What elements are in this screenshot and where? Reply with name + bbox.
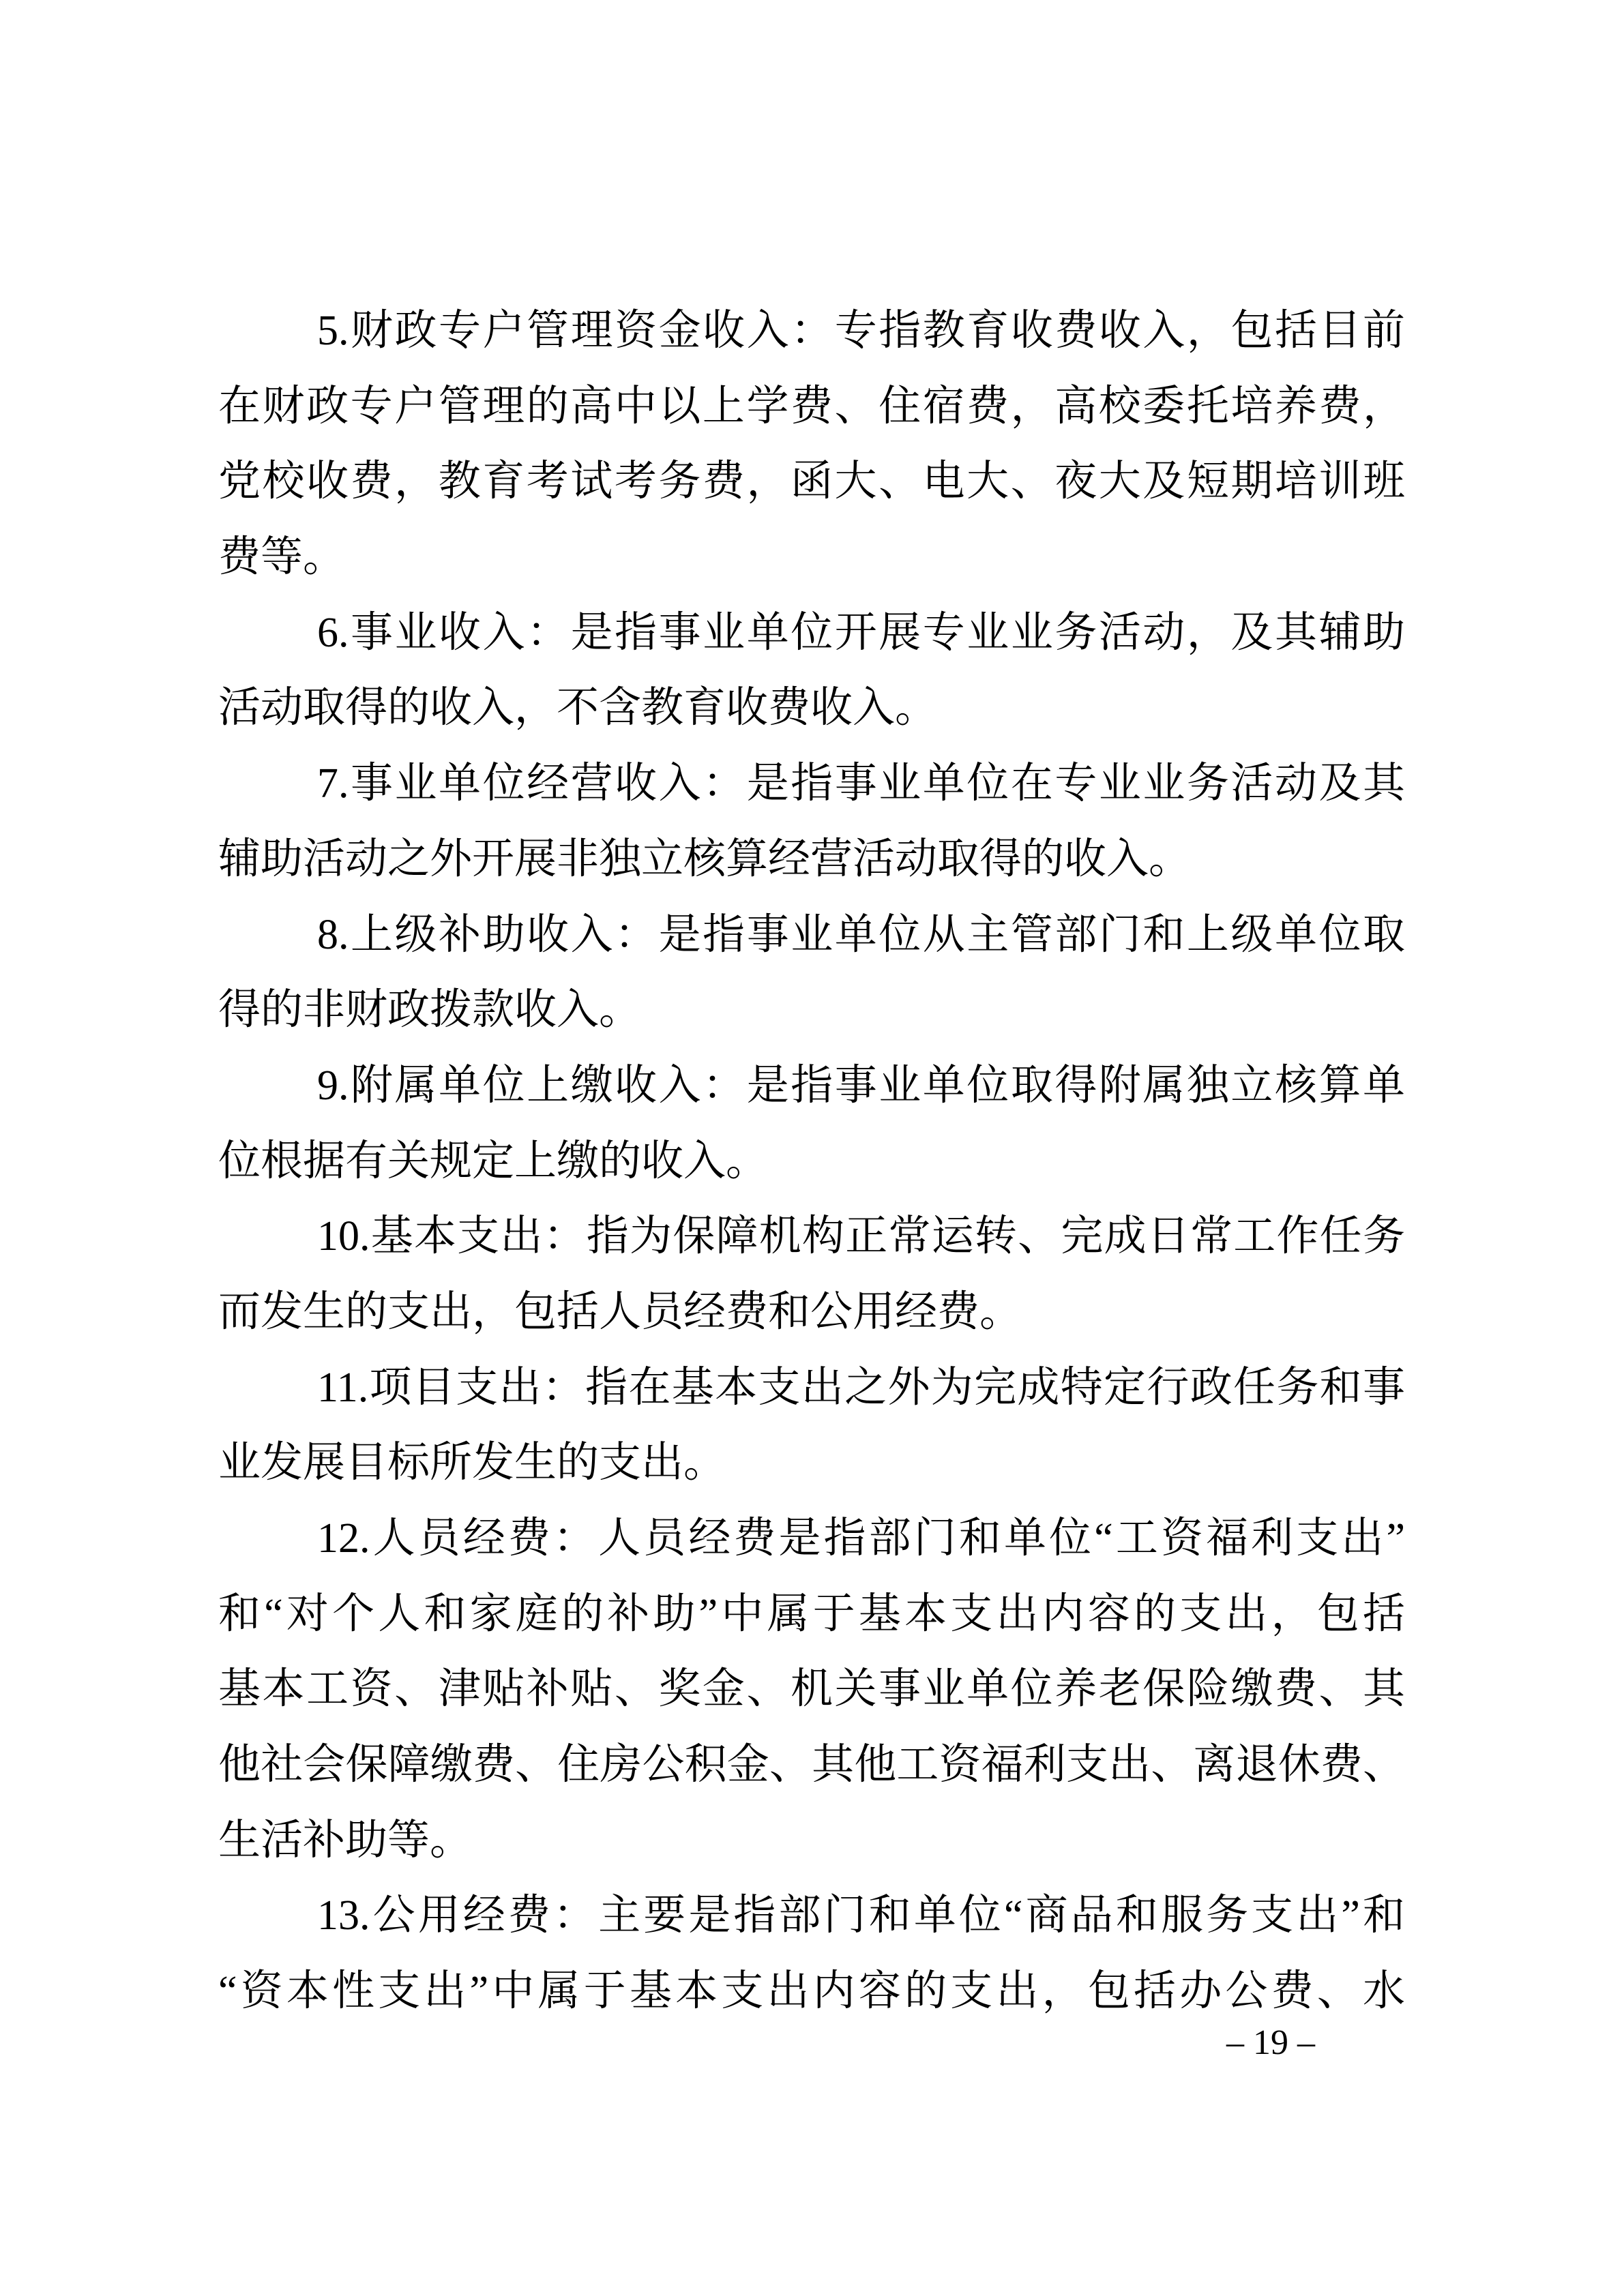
text-line: 8.上级补助收入：是指事业单位从主管部门和上级单位取	[218, 897, 1405, 973]
document-page: 5.财政专户管理资金收入：专指教育收费收入，包括目前在财政专户管理的高中以上学费…	[0, 0, 1624, 2296]
text-line: 12.人员经费：人员经费是指部门和单位“工资福利支出”	[218, 1501, 1405, 1577]
text-line: 和“对个人和家庭的补助”中属于基本支出内容的支出，包括	[218, 1577, 1405, 1652]
paragraph-item-5: 5.财政专户管理资金收入：专指教育收费收入，包括目前在财政专户管理的高中以上学费…	[218, 293, 1405, 595]
text-line: 位根据有关规定上缴的收入。	[218, 1124, 1405, 1199]
text-line: 业发展目标所发生的支出。	[218, 1425, 1405, 1501]
paragraph-item-10: 10.基本支出：指为保障机构正常运转、完成日常工作任务而发生的支出，包括人员经费…	[218, 1199, 1405, 1350]
text-line: 6.事业收入：是指事业单位开展专业业务活动，及其辅助	[218, 595, 1405, 671]
text-line: 在财政专户管理的高中以上学费、住宿费，高校委托培养费，	[218, 369, 1405, 445]
text-line: “资本性支出”中属于基本支出内容的支出，包括办公费、水	[218, 1954, 1405, 2029]
text-line: 党校收费，教育考试考务费，函大、电大、夜大及短期培训班	[218, 444, 1405, 520]
document-body: 5.财政专户管理资金收入：专指教育收费收入，包括目前在财政专户管理的高中以上学费…	[218, 293, 1405, 2029]
paragraph-item-7: 7.事业单位经营收入：是指事业单位在专业业务活动及其辅助活动之外开展非独立核算经…	[218, 746, 1405, 897]
text-line: 而发生的支出，包括人员经费和公用经费。	[218, 1274, 1405, 1350]
paragraph-item-9: 9.附属单位上缴收入：是指事业单位取得附属独立核算单位根据有关规定上缴的收入。	[218, 1048, 1405, 1199]
text-line: 费等。	[218, 520, 1405, 595]
text-line: 5.财政专户管理资金收入：专指教育收费收入，包括目前	[218, 293, 1405, 369]
text-line: 10.基本支出：指为保障机构正常运转、完成日常工作任务	[218, 1199, 1405, 1274]
paragraph-item-13: 13.公用经费：主要是指部门和单位“商品和服务支出”和“资本性支出”中属于基本支…	[218, 1878, 1405, 2029]
text-line: 13.公用经费：主要是指部门和单位“商品和服务支出”和	[218, 1878, 1405, 1954]
paragraph-item-11: 11.项目支出：指在基本支出之外为完成特定行政任务和事业发展目标所发生的支出。	[218, 1350, 1405, 1501]
text-line: 7.事业单位经营收入：是指事业单位在专业业务活动及其	[218, 746, 1405, 822]
text-line: 活动取得的收入，不含教育收费收入。	[218, 670, 1405, 746]
paragraph-item-6: 6.事业收入：是指事业单位开展专业业务活动，及其辅助活动取得的收入，不含教育收费…	[218, 595, 1405, 746]
text-line: 他社会保障缴费、住房公积金、其他工资福利支出、离退休费、	[218, 1727, 1405, 1803]
text-line: 得的非财政拨款收入。	[218, 972, 1405, 1048]
text-line: 9.附属单位上缴收入：是指事业单位取得附属独立核算单	[218, 1048, 1405, 1124]
paragraph-item-8: 8.上级补助收入：是指事业单位从主管部门和上级单位取得的非财政拨款收入。	[218, 897, 1405, 1048]
page-number: – 19 –	[1226, 2023, 1315, 2063]
text-line: 生活补助等。	[218, 1803, 1405, 1879]
text-line: 基本工资、津贴补贴、奖金、机关事业单位养老保险缴费、其	[218, 1652, 1405, 1727]
paragraph-item-12: 12.人员经费：人员经费是指部门和单位“工资福利支出”和“对个人和家庭的补助”中…	[218, 1501, 1405, 1878]
text-line: 辅助活动之外开展非独立核算经营活动取得的收入。	[218, 822, 1405, 897]
text-line: 11.项目支出：指在基本支出之外为完成特定行政任务和事	[218, 1350, 1405, 1426]
